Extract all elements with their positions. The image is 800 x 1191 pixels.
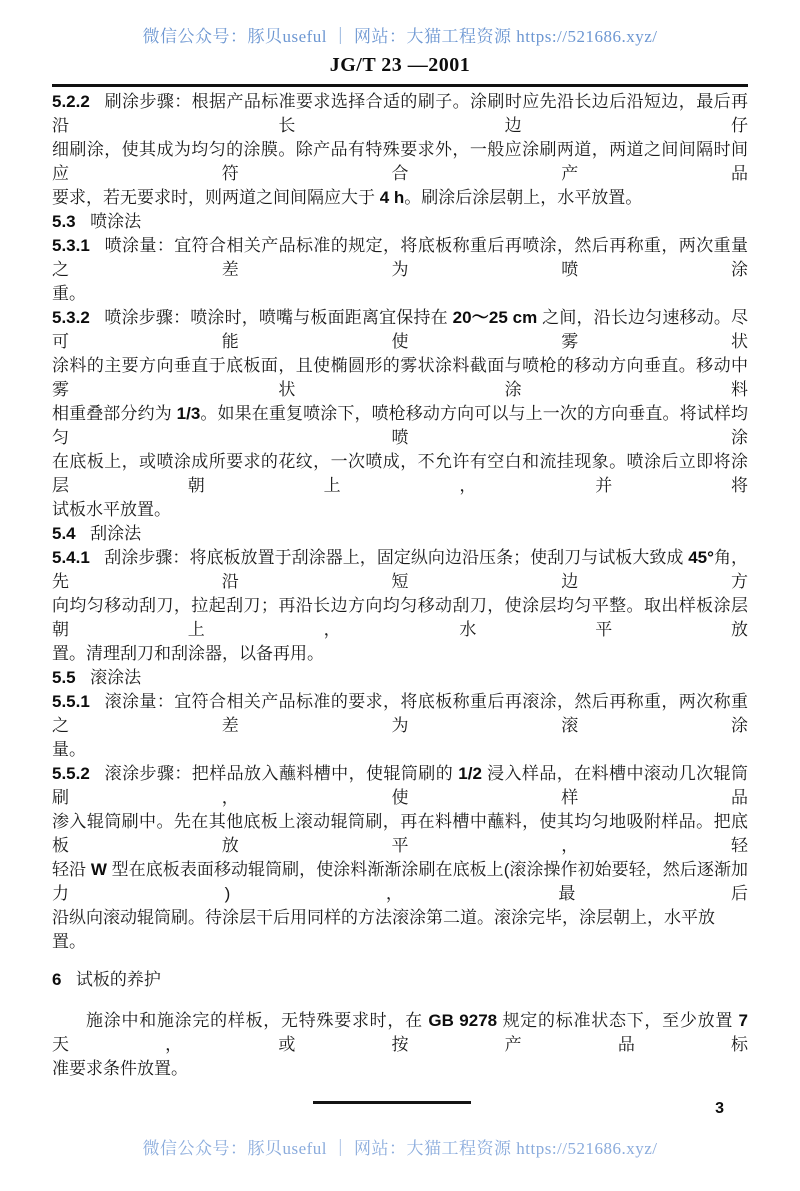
text-line: 5.3喷涂法: [52, 210, 748, 234]
block-5.3: 5.3喷涂法: [52, 210, 748, 234]
block-5.5.1: 5.5.1滚涂量：宜符合相关产品标准的要求，将底板称重后再滚涂，然后再称重，两次…: [52, 690, 748, 762]
text-line: 准要求条件放置。: [52, 1057, 748, 1081]
emphasis-text: W: [91, 860, 107, 879]
block-paragraph: 施涂中和施涂完的样板，无特殊要求时，在 GB 9278 规定的标准状态下，至少放…: [52, 1009, 748, 1081]
clause-number: 5.5.1: [52, 692, 90, 711]
emphasis-text: 4 h: [380, 188, 405, 207]
text-line: 5.4.1刮涂步骤：将底板放置于刮涂器上，固定纵向边沿压条；使刮刀与试板大致成 …: [52, 546, 748, 594]
text-line: 渗入辊筒刷中。先在其他底板上滚动辊筒刷，再在料槽中蘸料，使其均匀地吸附样品。把底…: [52, 810, 748, 858]
block-5.5: 5.5滚涂法: [52, 666, 748, 690]
standard-number: JG/T 23 —2001: [0, 54, 800, 77]
clause-number: 6: [52, 970, 61, 989]
text-line: 5.3.2喷涂步骤：喷涂时，喷嘴与板面距离宜保持在 20～25 cm 之间，沿长…: [52, 306, 748, 354]
emphasis-text: 1/2: [458, 764, 482, 783]
text-line: 轻沿 W 型在底板表面移动辊筒刷，使涂料渐渐涂刷在底板上(滚涂操作初始要轻，然后…: [52, 858, 748, 906]
text-line: 重。: [52, 282, 748, 306]
text-line: 置。清理刮刀和刮涂器，以备再用。: [52, 642, 748, 666]
block-5.4.1: 5.4.1刮涂步骤：将底板放置于刮涂器上，固定纵向边沿压条；使刮刀与试板大致成 …: [52, 546, 748, 666]
block-5.5.2: 5.5.2滚涂步骤：把样品放入蘸料槽中，使辊筒刷的 1/2 浸入样品，在料槽中滚…: [52, 762, 748, 954]
clause-number: 5.3.2: [52, 308, 90, 327]
text-line: 5.2.2刷涂步骤：根据产品标准要求选择合适的刷子。涂刷时应先沿长边后沿短边，最…: [52, 90, 748, 138]
block-6: 6试板的养护: [52, 968, 748, 992]
clause-number: 5.3.1: [52, 236, 90, 255]
text-line: 相重叠部分约为 1/3。如果在重复喷涂下，喷枪移动方向可以与上一次的方向垂直。将…: [52, 402, 748, 450]
end-of-text-divider: [313, 1101, 471, 1104]
text-line: 沿纵向滚动辊筒刷。待涂层干后用同样的方法滚涂第二道。滚涂完毕，涂层朝上，水平放置…: [52, 906, 748, 954]
emphasis-text: GB 9278: [428, 1011, 497, 1030]
text-line: 要求，若无要求时，则两道之间间隔应大于 4 h。刷涂后涂层朝上，水平放置。: [52, 186, 748, 210]
block-5.3.1: 5.3.1喷涂量：宜符合相关产品标准的规定，将底板称重后再喷涂，然后再称重，两次…: [52, 234, 748, 306]
text-line: 6试板的养护: [52, 968, 748, 992]
text-line: 量。: [52, 738, 748, 762]
watermark-header: 微信公众号：豚贝useful ｜ 网站：大猫工程资源 https://52168…: [0, 22, 800, 47]
text-line: 5.4刮涂法: [52, 522, 748, 546]
page-number: 3: [715, 1100, 724, 1118]
clause-number: 5.4: [52, 524, 76, 543]
emphasis-text: 1/3: [177, 404, 201, 423]
text-line: 在底板上，或喷涂成所要求的花纹，一次喷成，不允许有空白和流挂现象。喷涂后立即将涂…: [52, 450, 748, 498]
clause-number: 5.5: [52, 668, 76, 687]
clause-number: 5.4.1: [52, 548, 90, 567]
text-line: 5.5滚涂法: [52, 666, 748, 690]
text-line: 向均匀移动刮刀，拉起刮刀；再沿长边方向均匀移动刮刀，使涂层均匀平整。取出样板涂层…: [52, 594, 748, 642]
clause-number: 5.2.2: [52, 92, 90, 111]
clause-number: 5.5.2: [52, 764, 90, 783]
clause-number: 5.3: [52, 212, 76, 231]
header-rule: [52, 84, 748, 87]
text-line: 细刷涂，使其成为均匀的涂膜。除产品有特殊要求外，一般应涂刷两道，两道之间间隔时间…: [52, 138, 748, 186]
text-line: 5.5.1滚涂量：宜符合相关产品标准的要求，将底板称重后再滚涂，然后再称重，两次…: [52, 690, 748, 738]
text-line: 5.3.1喷涂量：宜符合相关产品标准的规定，将底板称重后再喷涂，然后再称重，两次…: [52, 234, 748, 282]
document-body: 5.2.2刷涂步骤：根据产品标准要求选择合适的刷子。涂刷时应先沿长边后沿短边，最…: [52, 90, 748, 1104]
block-5.4: 5.4刮涂法: [52, 522, 748, 546]
document-page: 微信公众号：豚贝useful ｜ 网站：大猫工程资源 https://52168…: [0, 0, 800, 1191]
watermark-footer: 微信公众号：豚贝useful ｜ 网站：大猫工程资源 https://52168…: [0, 1134, 800, 1159]
block-5.2.2: 5.2.2刷涂步骤：根据产品标准要求选择合适的刷子。涂刷时应先沿长边后沿短边，最…: [52, 90, 748, 210]
block-5.3.2: 5.3.2喷涂步骤：喷涂时，喷嘴与板面距离宜保持在 20～25 cm 之间，沿长…: [52, 306, 748, 522]
text-line: 5.5.2滚涂步骤：把样品放入蘸料槽中，使辊筒刷的 1/2 浸入样品，在料槽中滚…: [52, 762, 748, 810]
emphasis-text: 20～25 cm: [453, 308, 538, 327]
text-line: 涂料的主要方向垂直于底板面，且使椭圆形的雾状涂料截面与喷枪的移动方向垂直。移动中…: [52, 354, 748, 402]
text-line: 施涂中和施涂完的样板，无特殊要求时，在 GB 9278 规定的标准状态下，至少放…: [52, 1009, 748, 1057]
text-line: 试板水平放置。: [52, 498, 748, 522]
emphasis-text: 7: [739, 1011, 748, 1030]
emphasis-text: 45°: [688, 548, 714, 567]
